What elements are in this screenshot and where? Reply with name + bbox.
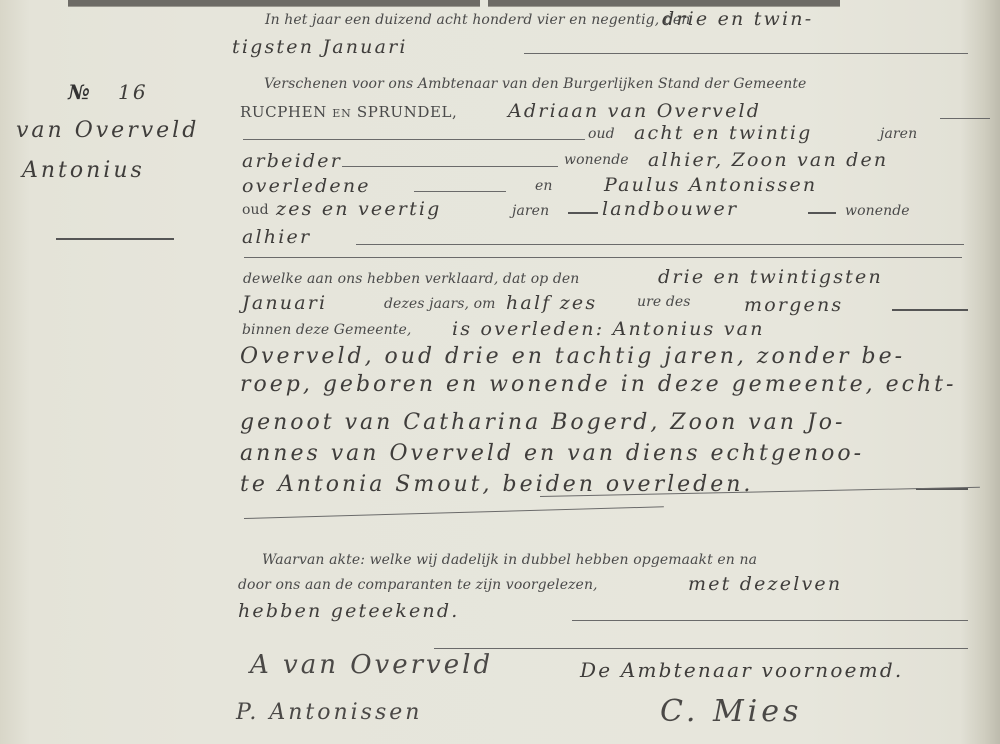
hand-residence-1: alhier, Zoon van den <box>648 149 888 171</box>
dash <box>808 212 836 214</box>
printed-en: en <box>535 178 553 194</box>
margin-surname: van Overveld <box>16 118 199 143</box>
printed-wonende: wonende <box>564 152 629 168</box>
hand-body-line-4: annes van Overveld en van diens echtgeno… <box>240 441 864 466</box>
printed-oud-2: oud <box>242 202 269 218</box>
hand-signed-with: met dezelven <box>688 573 842 595</box>
printed-dezes-jaars: dezes jaars, om <box>384 296 496 312</box>
hand-deceased-intro: is overleden: Antonius van <box>452 318 765 340</box>
signature-official: C. Mies <box>660 694 802 729</box>
hand-body-line-2: roep, geboren en wonende in deze gemeent… <box>240 372 956 397</box>
printed-binnen: binnen deze Gemeente, <box>242 322 411 338</box>
printed-declared: dewelke aan ons hebben verklaard, dat op… <box>243 271 579 287</box>
hand-date-day: drie en twin- <box>662 8 813 30</box>
official-title: De Ambtenaar voornoemd. <box>580 658 903 682</box>
printed-wonende-2: wonende <box>845 203 910 219</box>
hand-age-2: zes en veertig <box>276 198 442 220</box>
printed-appearance: Verschenen voor ons Ambtenaar van den Bu… <box>264 76 806 92</box>
printed-waarvan-akte: Waarvan akte: welke wij dadelijk in dubb… <box>262 552 757 568</box>
hand-relation: overledene <box>242 175 371 197</box>
hand-body-line-1: Overveld, oud drie en tachtig jaren, zon… <box>240 344 905 369</box>
record-number-label: № <box>68 80 90 104</box>
fill-rule <box>524 53 968 54</box>
margin-rule <box>56 238 174 240</box>
top-border-rule-right <box>488 0 840 7</box>
fill-rule <box>892 309 968 311</box>
hand-time-of-day: morgens <box>744 294 843 316</box>
hand-body-line-3: genoot van Catharina Bogerd, Zoon van Jo… <box>240 410 845 435</box>
printed-ure-des: ure des <box>637 294 691 310</box>
printed-intro: In het jaar een duizend acht honderd vie… <box>265 12 690 28</box>
printed-oud: oud <box>588 126 615 142</box>
fill-rule <box>940 118 990 119</box>
printed-jaren-2: jaren <box>512 203 549 219</box>
hand-residence-2: alhier <box>242 226 311 248</box>
fill-rule <box>243 139 585 140</box>
hand-occupation-2: landbouwer <box>602 198 738 220</box>
fill-rule <box>414 191 506 192</box>
hand-death-month: Januari <box>242 292 327 314</box>
hand-age-1: acht en twintig <box>634 122 813 144</box>
section-rule <box>244 257 962 258</box>
signature-adriaan-van-overveld: A van Overveld <box>250 650 493 680</box>
margin-given-name: Antonius <box>22 158 145 183</box>
hand-informant-1: Adriaan van Overveld <box>508 100 761 122</box>
hand-informant-2: Paulus Antonissen <box>604 174 817 196</box>
top-border-rule <box>68 0 480 7</box>
hand-death-date: drie en twintigsten <box>658 266 883 288</box>
printed-voorgelezen: door ons aan de comparanten te zijn voor… <box>238 577 598 593</box>
hand-occupation-1: arbeider <box>242 150 342 172</box>
fill-rule <box>572 620 968 621</box>
record-number: 16 <box>118 80 148 104</box>
fill-rule <box>342 166 558 167</box>
section-rule <box>244 506 664 519</box>
printed-jaren: jaren <box>880 126 917 142</box>
signature-rule <box>434 648 968 649</box>
dash <box>568 212 598 214</box>
hand-date-month: tigsten Januari <box>232 36 408 58</box>
civil-record-page: № 16 van Overveld Antonius In het jaar e… <box>0 0 1000 744</box>
hand-time: half zes <box>506 292 597 314</box>
signature-paulus-antonissen: P. Antonissen <box>236 700 422 725</box>
municipality-name: RUCPHEN EN SPRUNDEL, <box>240 103 457 121</box>
hand-signed: hebben geteekend. <box>238 600 459 622</box>
fill-rule <box>356 244 964 245</box>
